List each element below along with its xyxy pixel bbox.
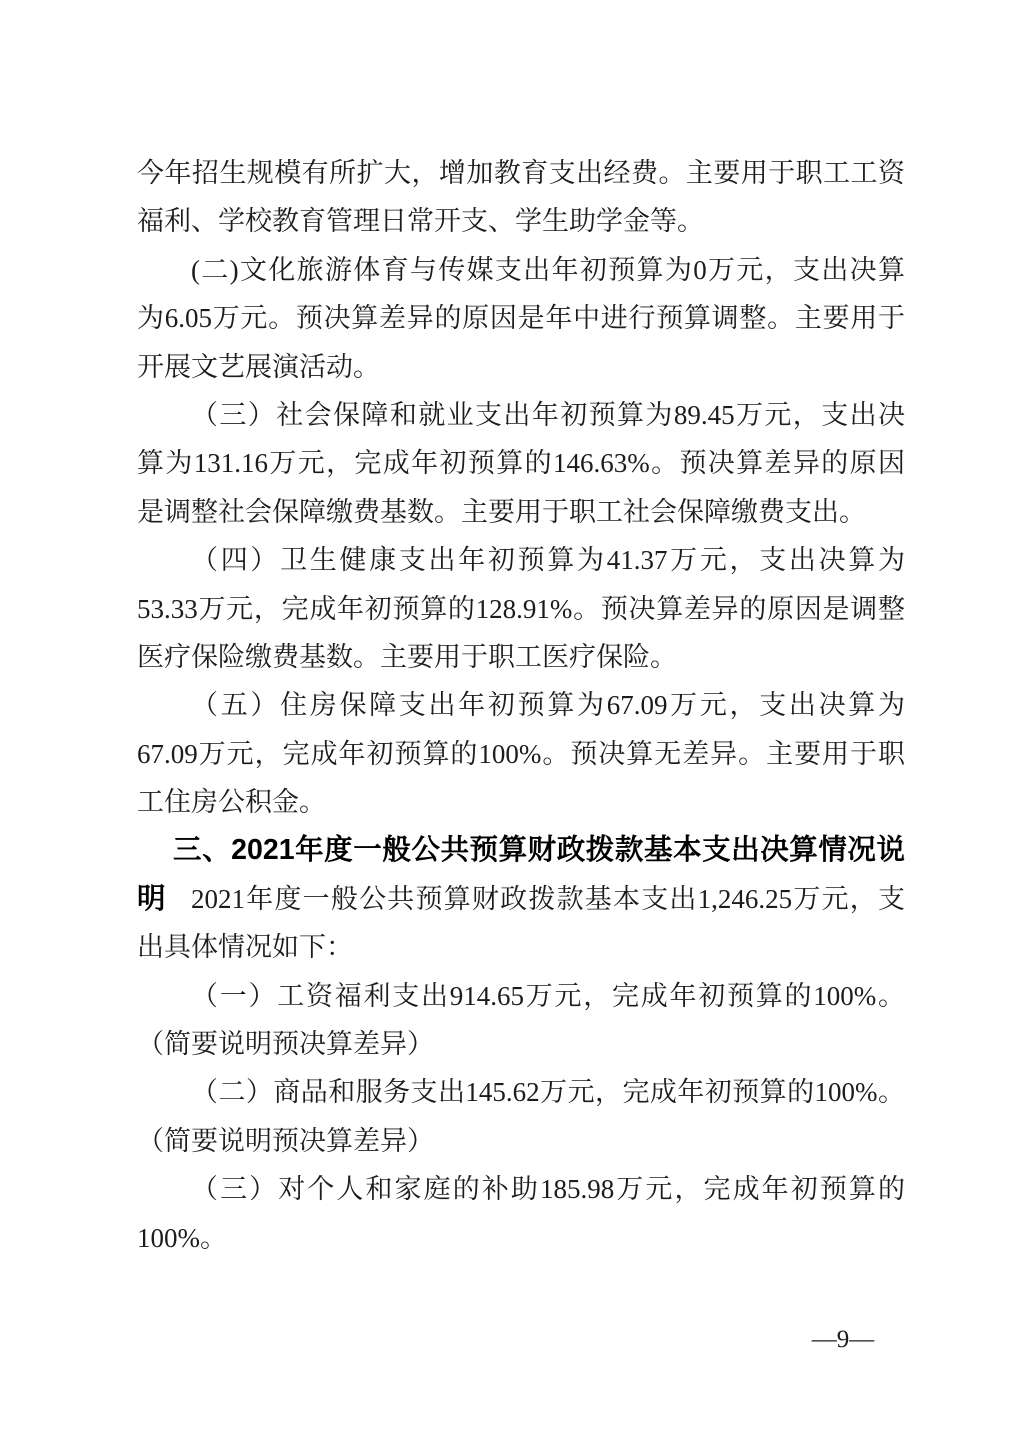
text-line: (二)文化旅游体育与传媒支出年初预算为0万元，支出决算 (137, 246, 905, 294)
text-line: （二）商品和服务支出145.62万元，完成年初预算的100%。 (137, 1068, 905, 1116)
text-line: 2021年度一般公共预算财政拨款基本支出1,246.25万元，支 (137, 875, 905, 923)
text-line: （简要说明预决算差异） (137, 1020, 905, 1068)
text-line: 为6.05万元。预决算差异的原因是年中进行预算调整。主要用于 (137, 294, 905, 342)
text-line: （一）工资福利支出914.65万元，完成年初预算的100%。 (137, 972, 905, 1020)
text-line: 医疗保险缴费基数。主要用于职工医疗保险。 (137, 633, 905, 681)
text-line: （简要说明预决算差异） (137, 1117, 905, 1165)
text-line: 算为131.16万元，完成年初预算的146.63%。预决算差异的原因 (137, 439, 905, 487)
text-line: 是调整社会保障缴费基数。主要用于职工社会保障缴费支出。 (137, 488, 905, 536)
page-number: —9— (793, 1326, 893, 1354)
text-line: （三）对个人和家庭的补助185.98万元，完成年初预算的 (137, 1165, 905, 1213)
text-line: 今年招生规模有所扩大，增加教育支出经费。主要用于职工工资 (137, 149, 905, 197)
text-line: 出具体情况如下： (137, 923, 905, 971)
text-line: （四）卫生健康支出年初预算为41.37万元，支出决算为 (137, 536, 905, 584)
text-line: （五）住房保障支出年初预算为67.09万元，支出决算为 (137, 681, 905, 729)
text-line: 67.09万元，完成年初预算的100%。预决算无差异。主要用于职 (137, 730, 905, 778)
text-line: 开展文艺展演活动。 (137, 343, 905, 391)
text-line: 100%。 (137, 1214, 905, 1262)
text-line: 福利、学校教育管理日常开支、学生助学金等。 (137, 197, 905, 245)
text-line: （三）社会保障和就业支出年初预算为89.45万元，支出决 (137, 391, 905, 439)
section-heading: 三、2021年度一般公共预算财政拨款基本支出决算情况说明 (137, 826, 905, 874)
text-line: 53.33万元，完成年初预算的128.91%。预决算差异的原因是调整 (137, 585, 905, 633)
document-body: 今年招生规模有所扩大，增加教育支出经费。主要用于职工工资福利、学校教育管理日常开… (137, 149, 905, 1262)
document-page: 今年招生规模有所扩大，增加教育支出经费。主要用于职工工资福利、学校教育管理日常开… (0, 0, 1024, 1448)
text-line: 工住房公积金。 (137, 778, 905, 826)
